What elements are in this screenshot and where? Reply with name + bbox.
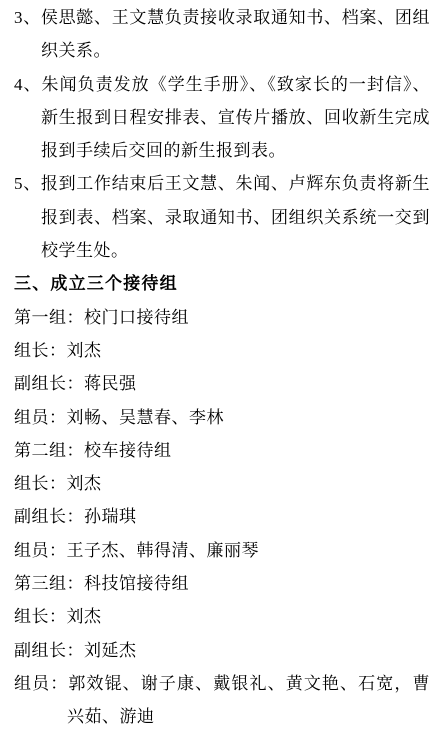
list-item-3-number: 3、	[14, 8, 41, 27]
list-item-5-text: 报到工作结束后王文慧、朱闻、卢辉东负责将新生报到表、档案、录取通知书、团组织关系…	[41, 174, 430, 260]
group1-title-line: 第一组：校门口接待组	[14, 301, 430, 334]
group3-members-line: 组员：郭效锟、谢子康、戴银礼、黄文艳、石宽，曹兴茹、游迪	[14, 667, 430, 732]
list-item-4-number: 4、	[14, 75, 42, 94]
section-heading: 三、成立三个接待组	[14, 267, 430, 300]
group2-title-line: 第二组：校车接待组	[14, 434, 430, 467]
list-item-5: 5、报到工作结束后王文慧、朱闻、卢辉东负责将新生报到表、档案、录取通知书、团组织…	[14, 167, 430, 267]
list-item-5-number: 5、	[14, 174, 41, 193]
group3-title-line: 第三组：科技馆接待组	[14, 567, 430, 600]
list-item-4: 4、朱闻负责发放《学生手册》、《致家长的一封信》、新生报到日程安排表、宣传片播放…	[14, 68, 430, 168]
group2-leader-line: 组长：刘杰	[14, 467, 430, 500]
group1-deputy-line: 副组长：蒋民强	[14, 367, 430, 400]
group2-deputy-line: 副组长：孙瑞琪	[14, 500, 430, 533]
group3-deputy-line: 副组长：刘延杰	[14, 634, 430, 667]
list-item-3: 3、侯思懿、王文慧负责接收录取通知书、档案、团组织关系。	[14, 1, 430, 68]
group1-members-line: 组员：刘畅、吴慧春、李林	[14, 401, 430, 434]
group3-leader-line: 组长：刘杰	[14, 600, 430, 633]
document-page: 3、侯思懿、王文慧负责接收录取通知书、档案、团组织关系。 4、朱闻负责发放《学生…	[0, 0, 442, 732]
group1-leader-line: 组长：刘杰	[14, 334, 430, 367]
list-item-4-text: 朱闻负责发放《学生手册》、《致家长的一封信》、新生报到日程安排表、宣传片播放、回…	[41, 75, 430, 161]
list-item-3-text: 侯思懿、王文慧负责接收录取通知书、档案、团组织关系。	[41, 8, 430, 60]
group2-members-line: 组员：王子杰、韩得清、廉丽琴	[14, 534, 430, 567]
